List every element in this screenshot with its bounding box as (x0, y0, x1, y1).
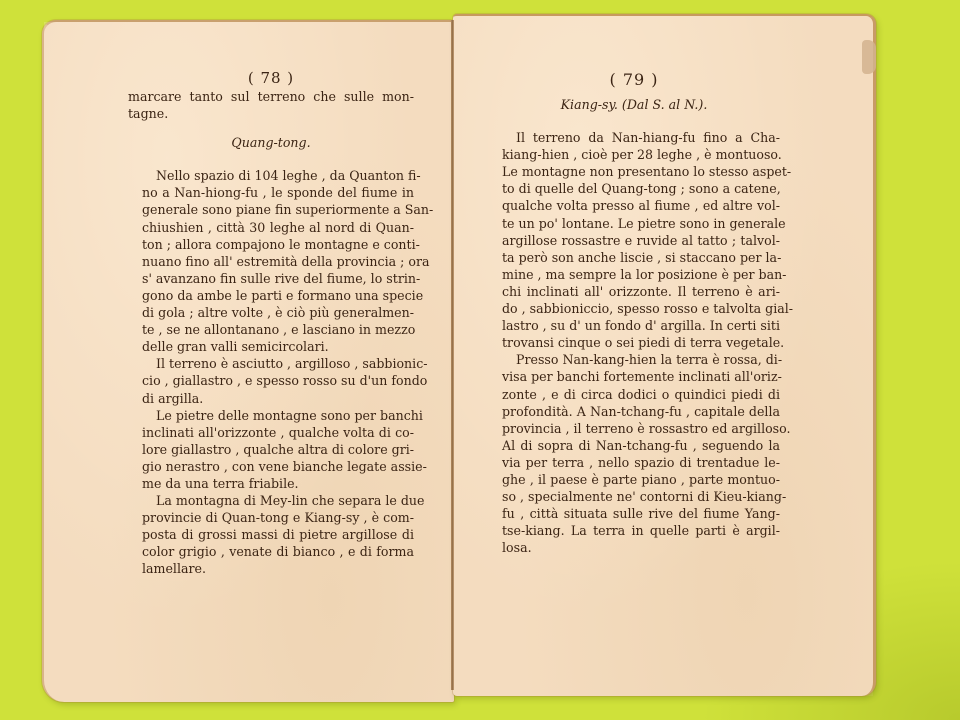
section-heading-kiang-sy: Kiang-sy. (Dal S. al N.). (488, 96, 780, 113)
text-line: di argilla. (128, 390, 414, 407)
text-line: lore giallastro , qualche altra di color… (128, 441, 414, 458)
paragraph: Il terreno da Nan-hiang-fu fino a Cha- k… (488, 129, 780, 351)
paragraph: Nello spazio di 104 leghe , da Quanton f… (128, 167, 414, 355)
text-line: s' avanzano fin sulle rive del fiume, lo… (128, 270, 414, 287)
text-line: marcare tanto sul terreno che sulle mon- (128, 88, 414, 105)
text-line: color grigio , venate di bianco , e di f… (128, 543, 414, 560)
text-line: ta però son anche liscie , si staccano p… (488, 249, 780, 266)
paragraph: Il terreno è asciutto , argilloso , sabb… (128, 355, 414, 406)
paragraph: Le pietre delle montagne sono per banchi… (128, 407, 414, 492)
text-line: me da una terra friabile. (128, 475, 414, 492)
text-line: provincie di Quan-tong e Kiang-sy , è co… (128, 509, 414, 526)
text-line: so , specialmente ne' contorni di Kieu-k… (488, 488, 780, 505)
text-line: Presso Nan-kang-hien la terra è rossa, d… (488, 351, 780, 368)
continuation-paragraph: marcare tanto sul terreno che sulle mon-… (128, 88, 414, 122)
text-line: Il terreno è asciutto , argilloso , sabb… (128, 355, 414, 372)
text-line: kiang-hien , cioè per 28 leghe , è montu… (488, 146, 780, 163)
text-line: te un po' lontane. Le pietre sono in gen… (488, 215, 780, 232)
text-line: ton ; allora compajono le montagne e con… (128, 236, 414, 253)
text-line: te , se ne allontanano , e lasciano in m… (128, 321, 414, 338)
text-line: mine , ma sempre la lor posizione è per … (488, 266, 780, 283)
text-line: gio nerastro , con vene bianche legate a… (128, 458, 414, 475)
left-page-text: ( 78 ) marcare tanto sul terreno che sul… (128, 68, 414, 578)
text-line: gono da ambe le parti e formano una spec… (128, 287, 414, 304)
text-line: lastro , su d' un fondo d' argilla. In c… (488, 317, 780, 334)
text-line: chiushien , città 30 leghe al nord di Qu… (128, 219, 414, 236)
right-page-text: ( 79 ) Kiang-sy. (Dal S. al N.). Il terr… (488, 70, 780, 556)
section-heading-quang-tong: Quang-tong. (128, 134, 414, 151)
page-edge-tab (862, 40, 876, 74)
text-line: posta di grossi massi di pietre argillos… (128, 526, 414, 543)
text-line: nuano fino all' estremità della provinci… (128, 253, 414, 270)
text-line: qualche volta presso al fiume , ed altre… (488, 197, 780, 214)
text-line: visa per banchi fortemente inclinati all… (488, 368, 780, 385)
text-line: inclinati all'orizzonte , qualche volta … (128, 424, 414, 441)
text-line: ghe , il paese è parte piano , parte mon… (488, 471, 780, 488)
text-line: lamellare. (128, 560, 414, 577)
text-line: chi inclinati all' orizzonte. Il terreno… (488, 283, 780, 300)
text-line: Nello spazio di 104 leghe , da Quanton f… (128, 167, 414, 184)
text-line: zonte , e di circa dodici o quindici pie… (488, 386, 780, 403)
text-line: Al di sopra di Nan-tchang-fu , seguendo … (488, 437, 780, 454)
text-line: cio , giallastro , e spesso rosso su d'u… (128, 372, 414, 389)
text-line: trovansi cinque o sei piedi di terra veg… (488, 334, 780, 351)
text-line: La montagna di Mey-lin che separa le due (128, 492, 414, 509)
paragraph: Presso Nan-kang-hien la terra è rossa, d… (488, 351, 780, 556)
text-line: tagne. (128, 105, 414, 122)
paragraph: La montagna di Mey-lin che separa le due… (128, 492, 414, 577)
text-line: losa. (488, 539, 780, 556)
text-line: Le pietre delle montagne sono per banchi (128, 407, 414, 424)
text-line: to di quelle del Quang-tong ; sono a cat… (488, 180, 780, 197)
text-line: profondità. A Nan-tchang-fu , capitale d… (488, 403, 780, 420)
text-line: tse-kiang. La terra in quelle parti è ar… (488, 522, 780, 539)
text-line: do , sabbioniccio, spesso rosso e talvol… (488, 300, 780, 317)
text-line: via per terra , nello spazio di trentadu… (488, 454, 780, 471)
text-line: delle gran valli semicircolari. (128, 338, 414, 355)
text-line: no a Nan-hiong-fu , le sponde del fiume … (128, 184, 414, 201)
text-line: di gola ; altre volte , è ciò più genera… (128, 304, 414, 321)
page-number-right: ( 79 ) (488, 70, 780, 90)
text-line: Le montagne non presentano lo stesso asp… (488, 163, 780, 180)
text-line: fu , città situata sulle rive del fiume … (488, 505, 780, 522)
text-line: Il terreno da Nan-hiang-fu fino a Cha- (488, 129, 780, 146)
text-line: provincia , il terreno è rossastro ed ar… (488, 420, 780, 437)
page-number-left: ( 78 ) (128, 68, 414, 88)
book-gutter (451, 20, 454, 690)
text-line: argillose rossastre e ruvide al tatto ; … (488, 232, 780, 249)
text-line: generale sono piane fin superiormente a … (128, 201, 414, 218)
